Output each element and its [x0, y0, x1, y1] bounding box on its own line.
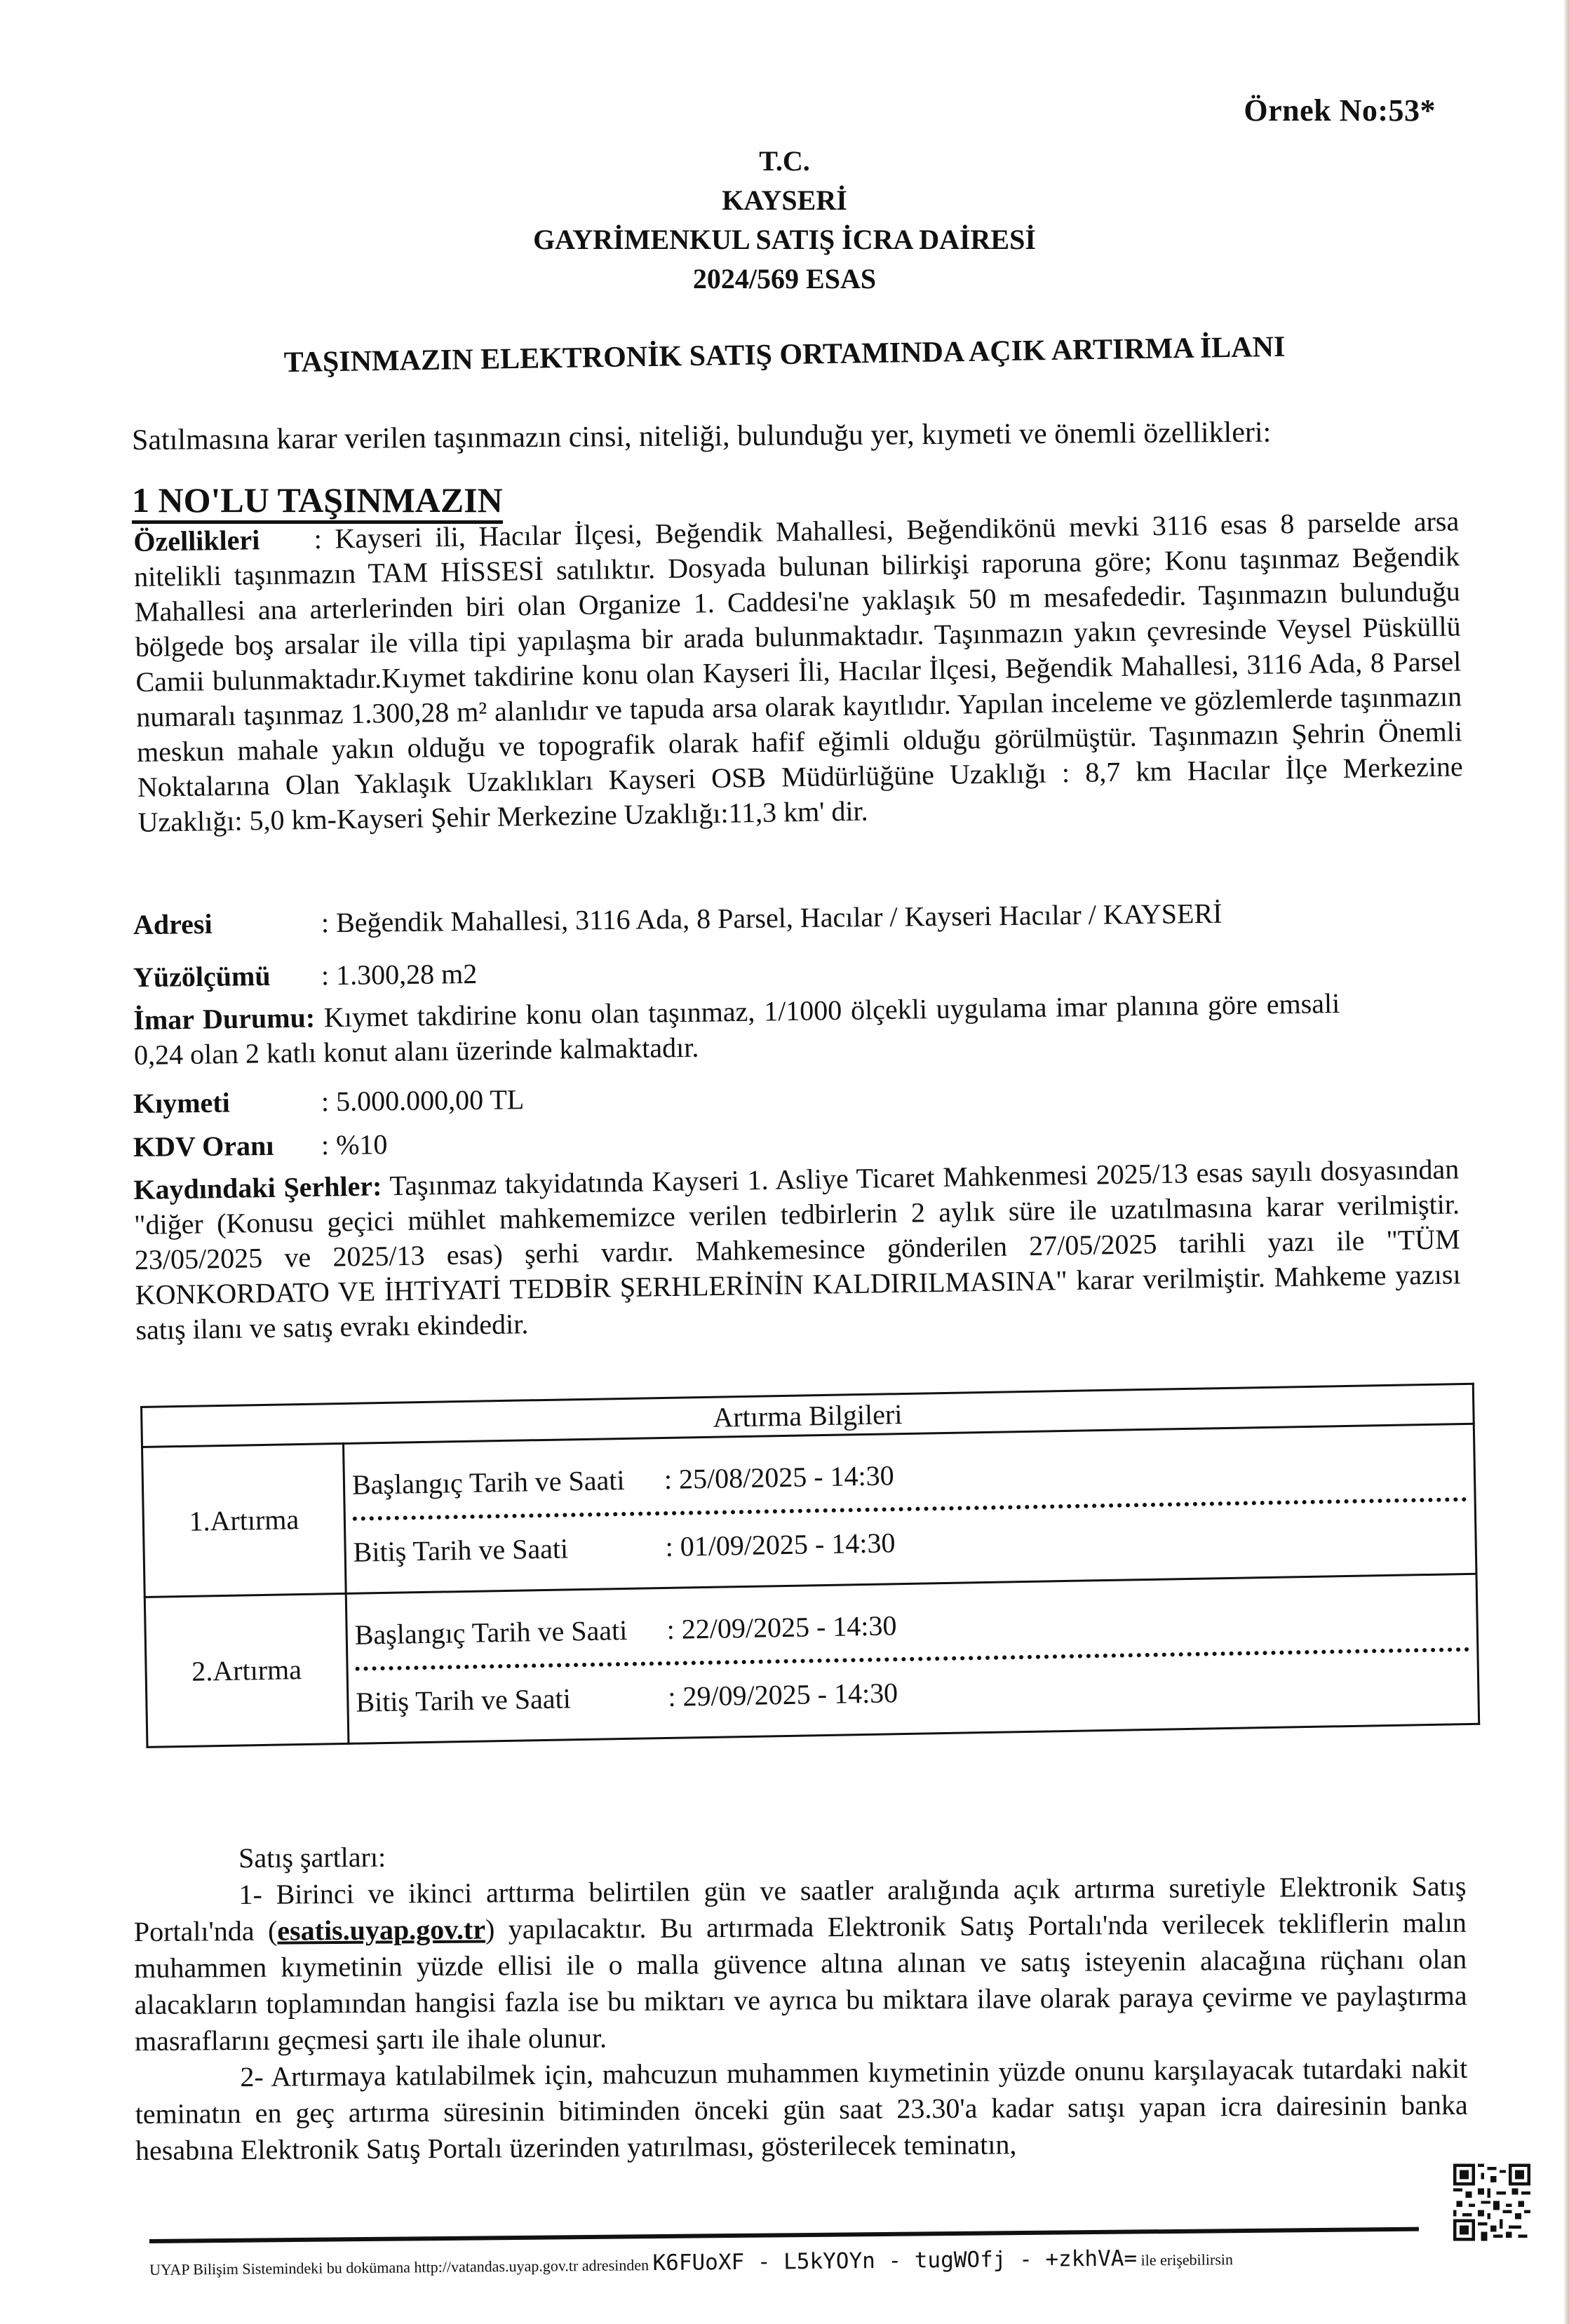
- auction-info-table: Artırma Bilgileri 1.Artırma Başlangıç Ta…: [140, 1383, 1480, 1748]
- verification-code: K6FUoXF - L5kYOYn - tugWOfj - +zkhVA=: [652, 2245, 1137, 2276]
- footer-text-post: ile erişebilirsin: [1140, 2250, 1233, 2269]
- kdv-orani-label: KDV Oranı: [133, 1128, 321, 1163]
- kiymeti-value: : 5.000.000,00 TL: [321, 1083, 525, 1117]
- serhler-label: Kaydındaki Şerhler:: [133, 1170, 382, 1205]
- imar-durumu-text: Kıymet takdirine konu olan taşınmaz, 1/1…: [134, 987, 1340, 1071]
- end-key: Bitiş Tarih ve Saati: [353, 1522, 666, 1576]
- page-edge-shadow: [1563, 0, 1569, 2324]
- footer-verification: UYAP Bilişim Sistemindeki bu dokümana ht…: [149, 2245, 1233, 2281]
- announcement-title: TAŞINMAZIN ELEKTRONİK SATIŞ ORTAMINDA AÇ…: [126, 327, 1443, 381]
- start-datetime: Başlangıç Tarih ve Saati: 22/09/2025 - 1…: [354, 1590, 1469, 1659]
- end-value: : 29/09/2025 - 14:30: [668, 1677, 898, 1712]
- qr-code-icon: [1453, 2162, 1530, 2243]
- serhler-section: Kaydındaki Şerhler: Taşınmaz takyidatınd…: [133, 1151, 1462, 1348]
- kiymeti-label: Kıymeti: [133, 1085, 321, 1120]
- yuzolcumu-field: Yüzölçümü: 1.300,28 m2: [133, 957, 478, 994]
- header-tc: T.C.: [0, 142, 1569, 181]
- adresi-value: : Beğendik Mahallesi, 3116 Ada, 8 Parsel…: [321, 898, 1223, 938]
- end-datetime: Bitiş Tarih ve Saati: 29/09/2025 - 14:30: [356, 1658, 1471, 1727]
- yuzolcumu-label: Yüzölçümü: [133, 959, 321, 994]
- start-value: : 25/08/2025 - 14:30: [664, 1459, 895, 1495]
- sale-conditions: Satış şartları: 1- Birinci ve ikinci art…: [133, 1832, 1468, 2169]
- document-header: T.C. KAYSERİ GAYRİMENKUL SATIŞ İCRA DAİR…: [0, 142, 1569, 299]
- end-key: Bitiş Tarih ve Saati: [356, 1672, 668, 1727]
- kdv-orani-field: KDV Oranı: %10: [133, 1128, 388, 1163]
- round-details: Başlangıç Tarih ve Saati: 22/09/2025 - 1…: [346, 1574, 1479, 1743]
- esatis-link[interactable]: esatis.uyap.gov.tr: [277, 1913, 485, 1946]
- ozellikleri-text: : Kayseri ili, Hacılar İlçesi, Beğendik …: [134, 505, 1463, 838]
- header-office: GAYRİMENKUL SATIŞ İCRA DAİRESİ: [0, 220, 1569, 259]
- ozellikleri-label: Özellikleri: [133, 524, 260, 558]
- start-value: : 22/09/2025 - 14:30: [666, 1609, 897, 1645]
- imar-durumu-section: İmar Durumu: Kıymet takdirine konu olan …: [133, 986, 1340, 1073]
- header-city: KAYSERİ: [0, 181, 1569, 220]
- start-key: Başlangıç Tarih ve Saati: [351, 1454, 664, 1509]
- property-heading: 1 NO'LU TAŞINMAZIN: [132, 480, 503, 524]
- yuzolcumu-value: : 1.300,28 m2: [321, 958, 478, 991]
- adresi-label: Adresi: [133, 906, 321, 941]
- kdv-orani-value: : %10: [321, 1128, 388, 1161]
- ozellikleri-section: Özellikleri : Kayseri ili, Hacılar İlçes…: [133, 504, 1464, 840]
- kiymeti-field: Kıymeti: 5.000.000,00 TL: [133, 1083, 525, 1120]
- table-row: 2.Artırma Başlangıç Tarih ve Saati: 22/0…: [144, 1574, 1479, 1747]
- end-value: : 01/09/2025 - 14:30: [665, 1527, 896, 1562]
- adresi-field: Adresi: Beğendik Mahallesi, 3116 Ada, 8 …: [133, 897, 1223, 941]
- intro-text: Satılmasına karar verilen taşınmazın cin…: [132, 416, 1272, 457]
- footer-divider: [149, 2227, 1419, 2243]
- footer-text-pre: UYAP Bilişim Sistemindeki bu dokümana ht…: [149, 2256, 649, 2278]
- end-datetime: Bitiş Tarih ve Saati: 01/09/2025 - 14:30: [353, 1508, 1468, 1577]
- document-page: Örnek No:53* T.C. KAYSERİ GAYRİMENKUL SA…: [0, 0, 1569, 2324]
- round-label: 2.Artırma: [144, 1593, 349, 1747]
- imar-durumu-label: İmar Durumu:: [133, 1001, 315, 1036]
- condition-item-1: 1- Birinci ve ikinci arttırma belirtilen…: [133, 1868, 1467, 2060]
- start-key: Başlangıç Tarih ve Saati: [354, 1604, 667, 1659]
- round-details: Başlangıç Tarih ve Saati: 25/08/2025 - 1…: [343, 1424, 1476, 1593]
- sample-number: Örnek No:53*: [1244, 93, 1436, 128]
- round-label: 1.Artırma: [142, 1443, 346, 1597]
- header-case-number: 2024/569 ESAS: [0, 259, 1569, 299]
- table-row: 1.Artırma Başlangıç Tarih ve Saati: 25/0…: [142, 1424, 1476, 1597]
- condition-item-2: 2- Artırmaya katılabilmek için, mahcuzun…: [135, 2051, 1468, 2169]
- start-datetime: Başlangıç Tarih ve Saati: 25/08/2025 - 1…: [351, 1441, 1467, 1510]
